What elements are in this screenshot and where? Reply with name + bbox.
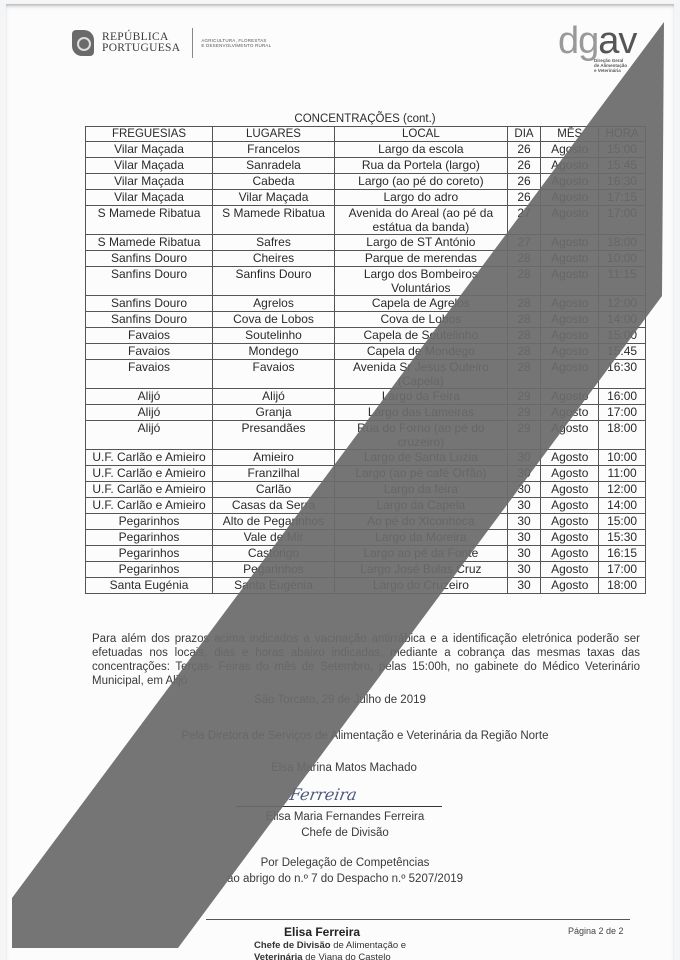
table-cell: Vale de Mir (213, 530, 335, 546)
table-cell: 28 (507, 344, 541, 360)
delegation-line-2: ao abrigo do n.º 7 do Despacho n.º 5207/… (0, 873, 680, 885)
table-cell: Avenida do Areal (ao pé da estátua da ba… (334, 206, 507, 235)
table-cell: Agosto (541, 174, 599, 190)
table-cell: Agosto (541, 530, 599, 546)
table-row: AlijóGranjaLargo das Lameiras29Agosto17:… (86, 405, 646, 421)
table-row: Sanfins DouroCheiresParque de merendas28… (86, 251, 646, 267)
table-cell: Presandães (213, 421, 335, 450)
table-cell: Santa Eugénia (213, 578, 335, 594)
table-cell: 18:00 (599, 235, 646, 251)
table-cell: Largo (ao pé café Orfão) (334, 466, 507, 482)
table-cell: 18:00 (599, 421, 646, 450)
table-cell: 30 (507, 530, 541, 546)
dgav-logo: dgav Direção Geral de Alimentação e Vete… (558, 24, 636, 58)
table-cell: 11:00 (599, 466, 646, 482)
table-cell: Largo da escola (334, 142, 507, 158)
table-row: Sanfins DouroCova de LobosCova de Lobos2… (86, 312, 646, 328)
table-cell: Agosto (541, 312, 599, 328)
table-cell: 29 (507, 421, 541, 450)
table-cell: Rua da Portela (largo) (334, 158, 507, 174)
table-cell: 29 (507, 389, 541, 405)
table-cell: 16:00 (599, 389, 646, 405)
page-number: Página 2 de 2 (568, 926, 624, 936)
table-cell: Favaios (86, 344, 213, 360)
column-header: LUGARES (213, 127, 335, 142)
handwritten-signature: Ferreira (288, 785, 358, 804)
table-cell: Granja (213, 405, 335, 421)
table-cell: 12:00 (599, 296, 646, 312)
table-row: FavaiosMondegoCapela de Mondego28Agosto1… (86, 344, 646, 360)
table-row: FavaiosSoutelinhoCapela de Soutelinho28A… (86, 328, 646, 344)
table-cell: Pegarinhos (86, 546, 213, 562)
table-cell: Largo das Lameiras (334, 405, 507, 421)
table-cell: 10:00 (599, 450, 646, 466)
table-cell: Vilar Maçada (86, 190, 213, 206)
republic-name: REPÚBLICA PORTUGUESA (102, 32, 180, 54)
table-row: PegarinhosAlto de PegarinhosAo pé do Xic… (86, 514, 646, 530)
column-header: MÊS (541, 127, 599, 142)
table-cell: Agosto (541, 190, 599, 206)
table-cell: Carlão (213, 482, 335, 498)
table-cell: 26 (507, 174, 541, 190)
table-cell: 30 (507, 450, 541, 466)
table-cell: 30 (507, 578, 541, 594)
table-cell: Largo ao pé da Fonte (334, 546, 507, 562)
table-cell: Cheires (213, 251, 335, 267)
table-cell: 16:30 (599, 174, 646, 190)
table-cell: 26 (507, 142, 541, 158)
table-cell: Amieiro (213, 450, 335, 466)
table-cell: U.F. Carlão e Amieiro (86, 466, 213, 482)
table-row: U.F. Carlão e AmieiroCasas da SerraLargo… (86, 498, 646, 514)
table-row: Vilar MaçadaCabedaLargo (ao pé do coreto… (86, 174, 646, 190)
table-cell: 27 (507, 206, 541, 235)
table-cell: Favaios (86, 328, 213, 344)
table-cell: 28 (507, 328, 541, 344)
column-header: HORA (599, 127, 646, 142)
table-cell: Agosto (541, 562, 599, 578)
table-cell: 17:00 (599, 405, 646, 421)
table-row: PegarinhosCastorigoLargo ao pé da Fonte3… (86, 546, 646, 562)
table-cell: 16:30 (599, 360, 646, 389)
coat-of-arms-icon (72, 30, 94, 56)
table-cell: Agosto (541, 514, 599, 530)
table-row: Sanfins DouroSanfins DouroLargo dos Bomb… (86, 267, 646, 296)
table-cell: Rua do Forno (ao pé do cruzeiro) (334, 421, 507, 450)
dgav-sub-3: e Veterinária (594, 68, 627, 73)
table-header-row: FREGUESIASLUGARESLOCALDIAMÊSHORA (86, 127, 646, 142)
table-cell: Sanradela (213, 158, 335, 174)
table-cell: Pegarinhos (86, 514, 213, 530)
table-cell: 30 (507, 546, 541, 562)
table-cell: Largo da Capela (334, 498, 507, 514)
footer-role-rest-1: de Alimentação e (331, 940, 407, 951)
table-title: CONCENTRAÇÕES (cont.) (0, 113, 680, 125)
dgav-subtitle: Direção Geral de Alimentação e Veterinár… (594, 58, 627, 73)
table-row: U.F. Carlão e AmieiroCarlãoLargo da feir… (86, 482, 646, 498)
place-date: São Torcato, 29 de Julho de 2019 (0, 694, 680, 706)
table-cell: Agrelos (213, 296, 335, 312)
table-cell: 28 (507, 312, 541, 328)
table-cell: Favaios (213, 360, 335, 389)
table-cell: 15:00 (599, 142, 646, 158)
table-cell: Agosto (541, 328, 599, 344)
director-name: Elsa Marina Matos Machado (0, 762, 680, 774)
table-cell: Largo José Bulas Cruz (334, 562, 507, 578)
table-cell: Agosto (541, 421, 599, 450)
table-cell: 26 (507, 190, 541, 206)
table-row: AlijóAlijóLargo da Feira29Agosto16:00 (86, 389, 646, 405)
table-cell: Largo de ST António (334, 235, 507, 251)
table-cell: U.F. Carlão e Amieiro (86, 450, 213, 466)
table-row: FavaiosFavaiosAvenida Sr Jesus Outeiro (… (86, 360, 646, 389)
column-header: LOCAL (334, 127, 507, 142)
footer-name: Elisa Ferreira (284, 925, 360, 939)
table-cell: U.F. Carlão e Amieiro (86, 498, 213, 514)
table-row: U.F. Carlão e AmieiroAmieiroLargo de San… (86, 450, 646, 466)
column-header: DIA (507, 127, 541, 142)
table-cell: Agosto (541, 251, 599, 267)
table-cell: Largo da Moreira (334, 530, 507, 546)
table-cell: 17:00 (599, 562, 646, 578)
table-cell: 12:00 (599, 482, 646, 498)
table-cell: 27 (507, 235, 541, 251)
table-cell: Alijó (213, 389, 335, 405)
table-row: PegarinhosVale de MirLargo da Moreira30A… (86, 530, 646, 546)
table-cell: Francelos (213, 142, 335, 158)
footer-divider (206, 919, 630, 920)
table-cell: S Mamede Ribatua (213, 206, 335, 235)
table-cell: Agosto (541, 482, 599, 498)
table-cell: Largo da Feira (334, 389, 507, 405)
table-row: Vilar MaçadaVilar MaçadaLargo do adro26A… (86, 190, 646, 206)
delegation-line-1: Por Delegação de Competências (0, 857, 680, 869)
table-cell: Agosto (541, 142, 599, 158)
table-cell: 28 (507, 360, 541, 389)
dgav-dg: dg (558, 20, 598, 62)
table-cell: Sanfins Douro (86, 312, 213, 328)
footer-role-bold-2: Veterinária (254, 952, 303, 960)
table-cell: 28 (507, 296, 541, 312)
table-row: S Mamede RibatuaS Mamede RibatuaAvenida … (86, 206, 646, 235)
table-cell: Largo de Santa Luzia (334, 450, 507, 466)
table-cell: Agosto (541, 498, 599, 514)
footer-role-rest-2: de Viana do Castelo (303, 952, 391, 960)
table-cell: Agosto (541, 450, 599, 466)
table-row: S Mamede RibatuaSafresLargo de ST Antóni… (86, 235, 646, 251)
table-row: AlijóPresandãesRua do Forno (ao pé do cr… (86, 421, 646, 450)
table-cell: 15:00 (599, 328, 646, 344)
table-cell: Agosto (541, 267, 599, 296)
table-cell: Franzilhal (213, 466, 335, 482)
table-cell: Agosto (541, 466, 599, 482)
table-cell: Agosto (541, 158, 599, 174)
signer-title: Chefe de Divisão (0, 827, 680, 839)
table-cell: Agosto (541, 206, 599, 235)
table-cell: 26 (507, 158, 541, 174)
table-cell: Agosto (541, 235, 599, 251)
table-cell: Parque de merendas (334, 251, 507, 267)
table-cell: S Mamede Ribatua (86, 206, 213, 235)
table-cell: Vilar Maçada (86, 174, 213, 190)
table-cell: Largo (ao pé do coreto) (334, 174, 507, 190)
table-row: Sanfins DouroAgrelosCapela de Agrelos28A… (86, 296, 646, 312)
table-cell: 17:15 (599, 190, 646, 206)
table-cell: Vilar Maçada (86, 142, 213, 158)
table-cell: U.F. Carlão e Amieiro (86, 482, 213, 498)
signature-line (236, 806, 442, 807)
table-cell: Safres (213, 235, 335, 251)
table-cell: Alto de Pegarinhos (213, 514, 335, 530)
table-cell: Alijó (86, 389, 213, 405)
table-cell: Sanfins Douro (86, 267, 213, 296)
table-cell: Vilar Maçada (86, 158, 213, 174)
header-divider (192, 28, 193, 58)
table-cell: Agosto (541, 360, 599, 389)
table-cell: Alijó (86, 421, 213, 450)
table-row: Vilar MaçadaSanradelaRua da Portela (lar… (86, 158, 646, 174)
table-cell: 14:00 (599, 498, 646, 514)
table-cell: 11:15 (599, 267, 646, 296)
table-cell: 28 (507, 251, 541, 267)
table-cell: 30 (507, 514, 541, 530)
table-cell: 15:00 (599, 514, 646, 530)
table-cell: 15:30 (599, 530, 646, 546)
table-cell: 30 (507, 482, 541, 498)
table-cell: 10:00 (599, 251, 646, 267)
table-cell: Largo do adro (334, 190, 507, 206)
table-cell: Agosto (541, 344, 599, 360)
table-cell: Agosto (541, 405, 599, 421)
column-header: FREGUESIAS (86, 127, 213, 142)
table-cell: Sanfins Douro (86, 251, 213, 267)
table-cell: Ao pé do Xiconhoca (334, 514, 507, 530)
table-cell: Avenida Sr Jesus Outeiro (Capela) (334, 360, 507, 389)
table-cell: Capela de Mondego (334, 344, 507, 360)
table-cell: Largo do Cruzeiro (334, 578, 507, 594)
table-cell: Favaios (86, 360, 213, 389)
table-cell: Soutelinho (213, 328, 335, 344)
table-cell: Largo da feira (334, 482, 507, 498)
table-cell: 15.45 (599, 344, 646, 360)
table-row: U.F. Carlão e AmieiroFranzilhalLargo (ao… (86, 466, 646, 482)
table-cell: 30 (507, 562, 541, 578)
table-cell: Sanfins Douro (86, 296, 213, 312)
ministry-line-2: E DESENVOLVIMENTO RURAL (201, 43, 271, 48)
table-cell: Castorigo (213, 546, 335, 562)
table-cell: 15:45 (599, 158, 646, 174)
table-cell: Agosto (541, 389, 599, 405)
table-cell: 30 (507, 466, 541, 482)
table-cell: Agosto (541, 578, 599, 594)
table-row: Vilar MaçadaFrancelosLargo da escola26Ag… (86, 142, 646, 158)
table-cell: 29 (507, 405, 541, 421)
republica-portuguesa-logo: REPÚBLICA PORTUGUESA AGRICULTURA, FLORES… (72, 28, 271, 58)
table-body: Vilar MaçadaFrancelosLargo da escola26Ag… (86, 142, 646, 594)
table-cell: Vilar Maçada (213, 190, 335, 206)
table-row: PegarinhosPegarinhosLargo José Bulas Cru… (86, 562, 646, 578)
on-behalf-line: Pela Diretora de Serviços de Alimentação… (0, 730, 680, 742)
table-cell: Cova de Lobos (213, 312, 335, 328)
table-cell: Agosto (541, 296, 599, 312)
table-cell: Pegarinhos (86, 530, 213, 546)
table-cell: 17:00 (599, 206, 646, 235)
table-cell: Pegarinhos (86, 562, 213, 578)
table-cell: Mondego (213, 344, 335, 360)
schedule-table: FREGUESIASLUGARESLOCALDIAMÊSHORA Vilar M… (85, 126, 646, 594)
table-cell: S Mamede Ribatua (86, 235, 213, 251)
table-cell: Capela de Agrelos (334, 296, 507, 312)
table-cell: 30 (507, 498, 541, 514)
table-cell: 28 (507, 267, 541, 296)
dgav-av: av (598, 20, 636, 62)
table-cell: Largo dos Bombeiros Voluntários (334, 267, 507, 296)
ministry-name: AGRICULTURA, FLORESTAS E DESENVOLVIMENTO… (201, 38, 271, 48)
notice-paragraph: Para além dos prazos acima indicados a v… (92, 632, 640, 688)
table-cell: 14:00 (599, 312, 646, 328)
table-cell: Casas da Serra (213, 498, 335, 514)
table-cell: Pegarinhos (213, 562, 335, 578)
table-cell: Santa Eugénia (86, 578, 213, 594)
table-cell: Cova de Lobos (334, 312, 507, 328)
footer-role-bold-1: Chefe de Divisão (254, 940, 331, 951)
table-cell: Alijó (86, 405, 213, 421)
republic-line-2: PORTUGUESA (102, 43, 180, 54)
table-cell: Cabeda (213, 174, 335, 190)
signer-name: Elisa Maria Fernandes Ferreira (0, 811, 680, 823)
footer-role: Chefe de Divisão de Alimentação e Veteri… (254, 940, 406, 960)
table-cell: 18:00 (599, 578, 646, 594)
table-cell: 16:15 (599, 546, 646, 562)
table-cell: Agosto (541, 546, 599, 562)
table-row: Santa EugéniaSanta EugéniaLargo do Cruze… (86, 578, 646, 594)
table-cell: Sanfins Douro (213, 267, 335, 296)
table-cell: Capela de Soutelinho (334, 328, 507, 344)
